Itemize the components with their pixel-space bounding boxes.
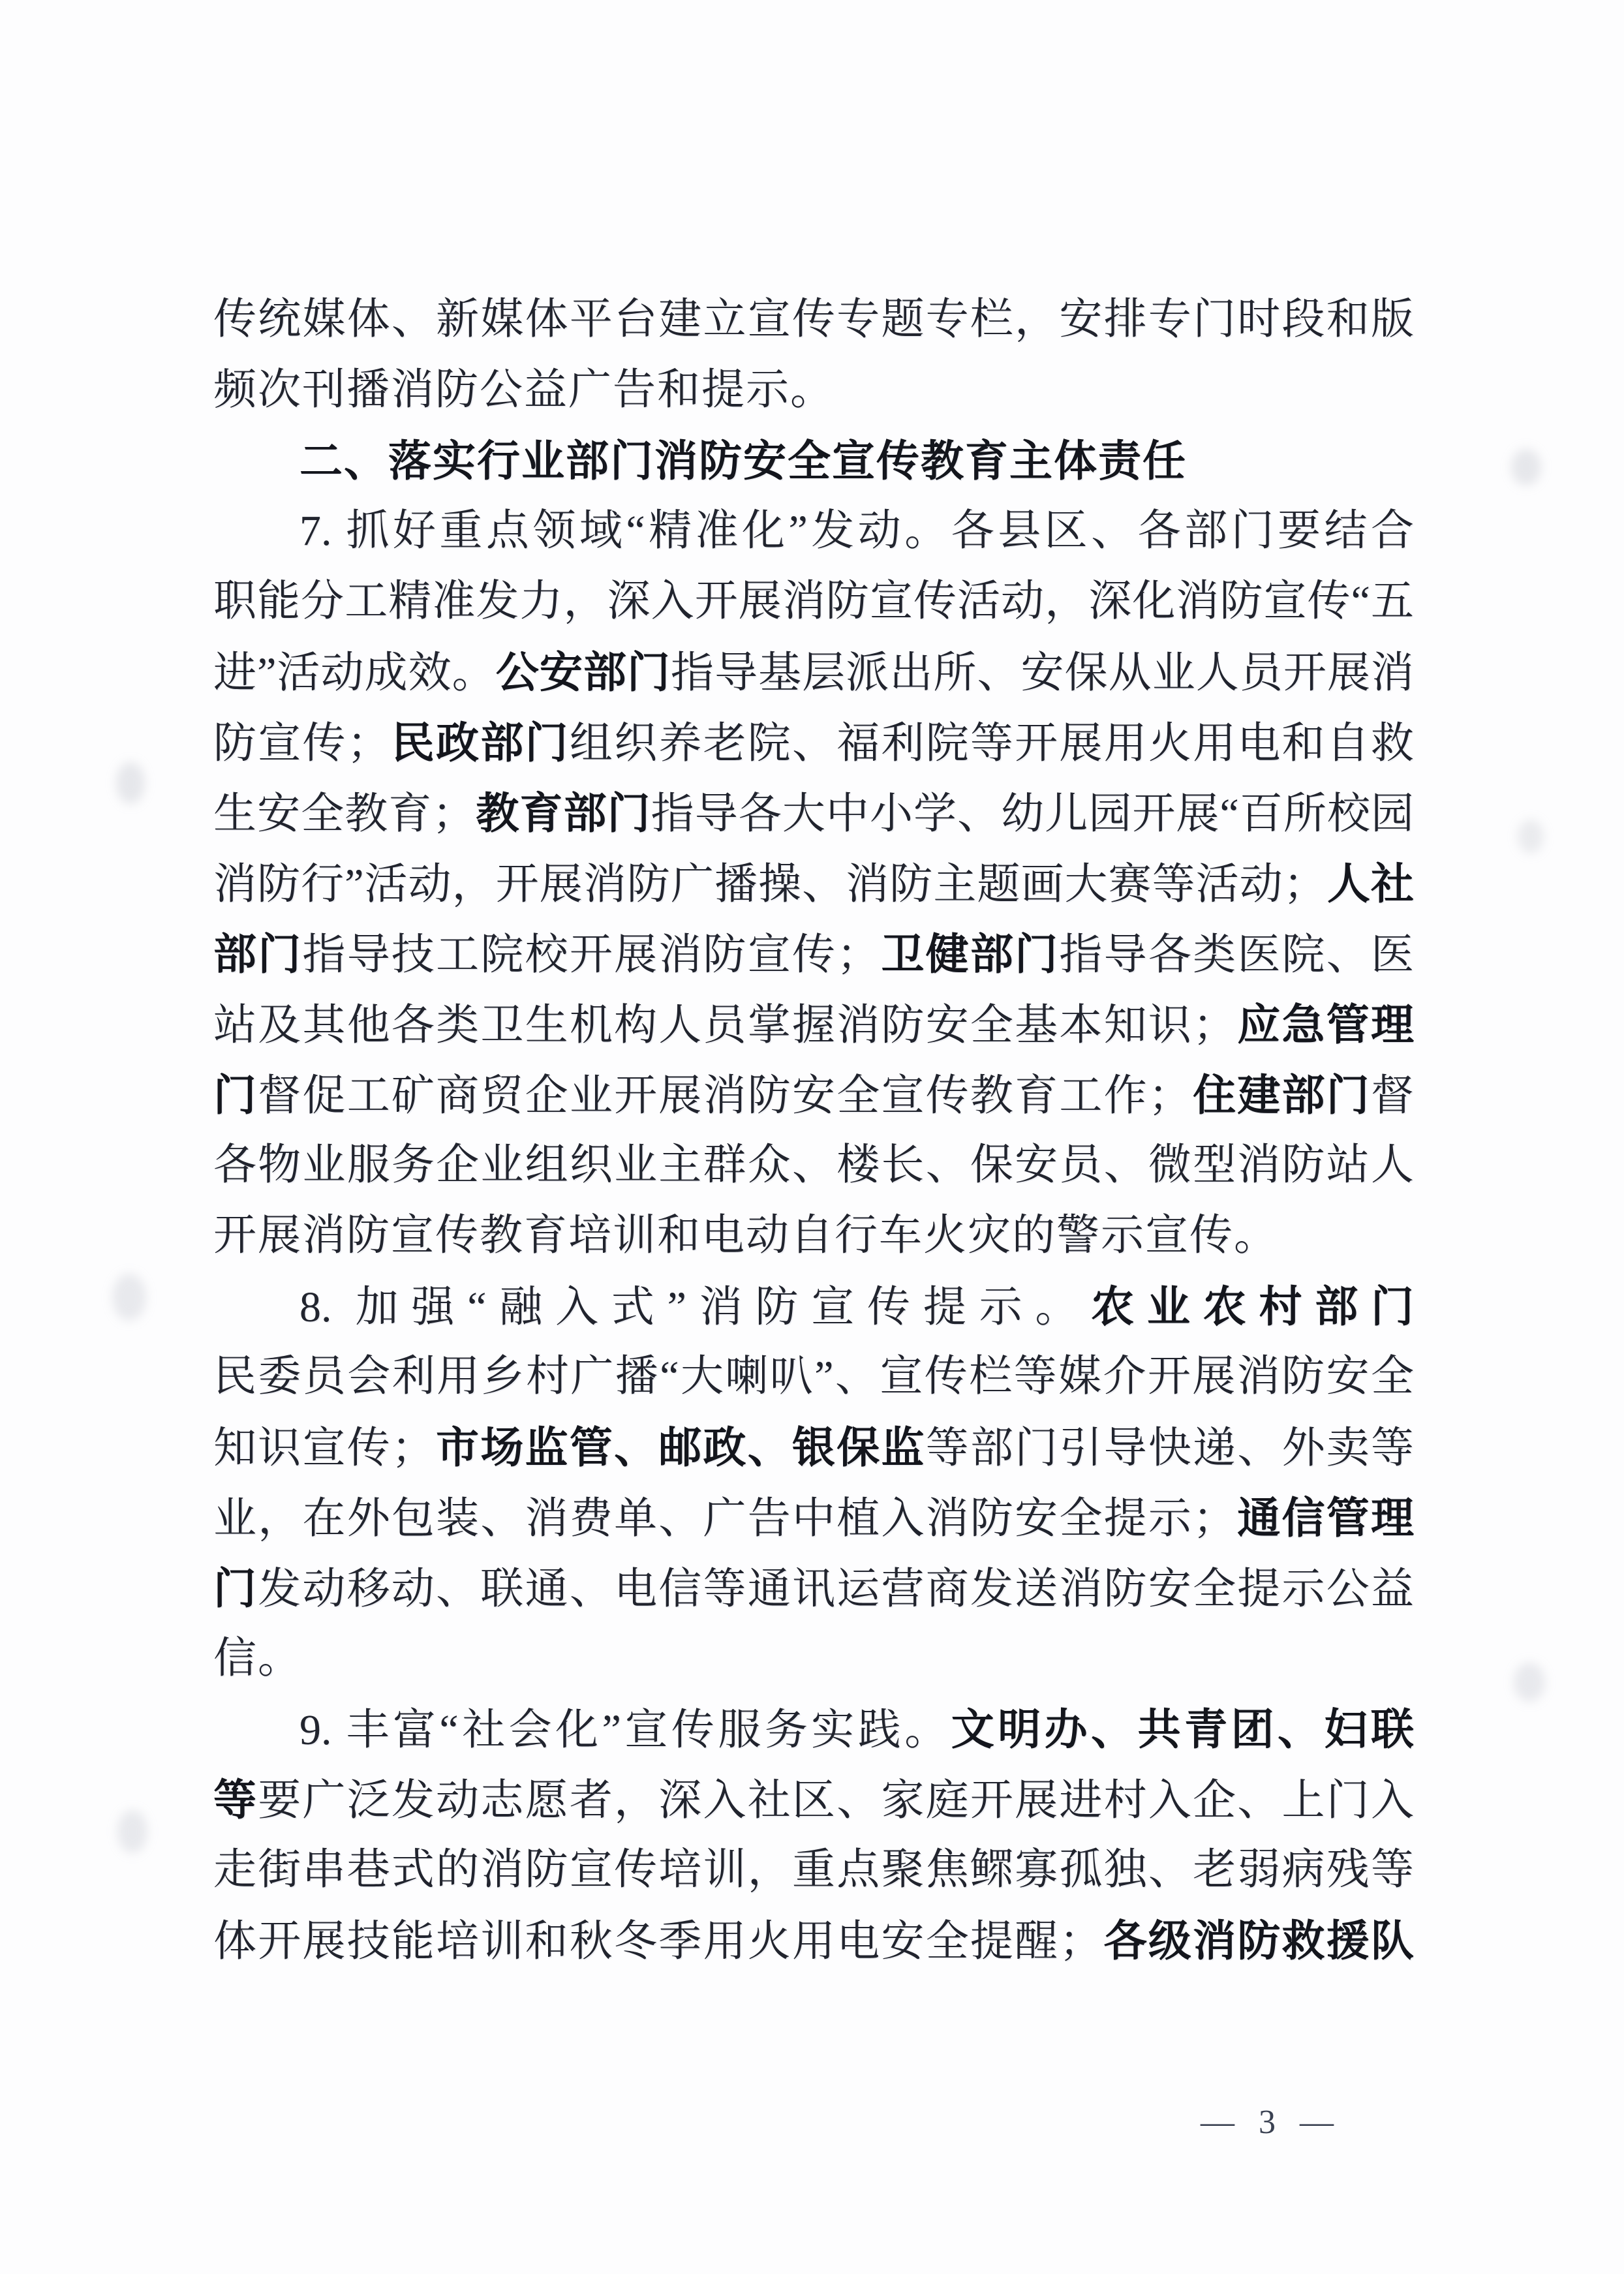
text-run: 8. 加强“融入式”消防宣传提示。 bbox=[299, 1283, 1091, 1331]
text-run: 传统媒体、新媒体平台建立宣传专题专栏，安排专门时段和版面高 bbox=[213, 296, 1414, 355]
text-run: 消防行”活动，开展消防广播操、消防主题画大赛等活动； bbox=[213, 861, 1326, 908]
text-run: 发动移动、联通、电信等通讯运营商发送消防安全提示公益短 bbox=[213, 1565, 1414, 1623]
text-line: 知识宣传；市场监管、邮政、银保监等部门引导快递、外卖等行 bbox=[213, 1412, 1414, 1483]
text-line: 消防行”活动，开展消防广播操、消防主题画大赛等活动；人社 bbox=[213, 848, 1414, 919]
department-name: 住建部门 bbox=[1191, 1071, 1371, 1119]
text-run: 职能分工精准发力，深入开展消防宣传活动，深化消防宣传“五 bbox=[213, 577, 1414, 625]
text-line: 7. 抓好重点领域“精准化”发动。各县区、各部门要结合 bbox=[213, 496, 1414, 566]
text-line: 8. 加强“融入式”消防宣传提示。农业农村部门指导居（村） bbox=[213, 1271, 1414, 1342]
text-run: 站及其他各类卫生机构人员掌握消防安全基本知识； bbox=[213, 1002, 1236, 1049]
department-name: 等 bbox=[213, 1775, 258, 1824]
department-name: 门 bbox=[213, 1564, 258, 1612]
department-name: 部门 bbox=[213, 930, 302, 978]
text-run: 进”活动成效。 bbox=[213, 649, 496, 697]
text-line: 各物业服务企业组织业主群众、楼长、保安员、微型消防站人员 bbox=[213, 1130, 1414, 1201]
text-run: 各物业服务企业组织业主群众、楼长、保安员、微型消防站人员 bbox=[213, 1141, 1414, 1201]
heading-text: 二、落实行业部门消防安全宣传教育主体责任 bbox=[299, 437, 1187, 485]
text-line: 职能分工精准发力，深入开展消防宣传活动，深化消防宣传“五 bbox=[213, 566, 1414, 637]
text-line: 门督促工矿商贸企业开展消防安全宣传教育工作；住建部门督促 bbox=[213, 1060, 1414, 1130]
text-run: 知识宣传； bbox=[213, 1424, 435, 1472]
text-line: 民委员会利用乡村广播“大喇叭”、宣传栏等媒介开展消防安全 bbox=[213, 1342, 1414, 1412]
text-run: 要广泛发动志愿者，深入社区、家庭开展进村入企、上门入户、 bbox=[213, 1777, 1414, 1835]
text-line: 体开展技能培训和秋冬季用火用电安全提醒；各级消防救援队伍 bbox=[213, 1905, 1414, 1976]
text-run: 防宣传； bbox=[213, 720, 390, 767]
scan-artifact bbox=[1511, 449, 1541, 485]
text-run: 9. 丰富“社会化”宣传服务实践。 bbox=[299, 1706, 951, 1754]
department-name: 卫健部门 bbox=[880, 930, 1059, 978]
scan-artifact bbox=[112, 1274, 146, 1321]
text-run: 开展消防宣传教育培训和电动自行车火灾的警示宣传。 bbox=[213, 1212, 1278, 1259]
text-line: 等要广泛发动志愿者，深入社区、家庭开展进村入企、上门入户、 bbox=[213, 1764, 1414, 1835]
text-run: 体开展技能培训和秋冬季用火用电安全提醒； bbox=[213, 1918, 1102, 1965]
department-name: 市场监管、邮政、银保监 bbox=[435, 1423, 926, 1471]
scan-artifact bbox=[117, 1810, 147, 1853]
scanned-document-page: 传统媒体、新媒体平台建立宣传专题专栏，安排专门时段和版面高 频次刊播消防公益广告… bbox=[0, 0, 1624, 2274]
text-line: 门发动移动、联通、电信等通讯运营商发送消防安全提示公益短 bbox=[213, 1553, 1414, 1623]
department-name: 教育部门 bbox=[475, 789, 651, 837]
scan-artifact bbox=[1518, 820, 1544, 853]
text-line: 生安全教育；教育部门指导各大中小学、幼儿园开展“百所校园 bbox=[213, 778, 1414, 848]
text-line: 防宣传；民政部门组织养老院、福利院等开展用火用电和自救逃 bbox=[213, 707, 1414, 778]
text-line: 传统媒体、新媒体平台建立宣传专题专栏，安排专门时段和版面高 bbox=[213, 284, 1414, 355]
text-line: 频次刊播消防公益广告和提示。 bbox=[213, 355, 1414, 425]
department-name: 门 bbox=[213, 1071, 258, 1119]
department-name: 公安部门 bbox=[496, 648, 671, 696]
text-line: 业，在外包装、消费单、广告中植入消防安全提示；通信管理部 bbox=[213, 1483, 1414, 1553]
text-run: 督促工矿商贸企业开展消防安全宣传教育工作； bbox=[258, 1072, 1191, 1120]
text-line: 部门指导技工院校开展消防宣传；卫健部门指导各类医院、医疗 bbox=[213, 919, 1414, 989]
text-run: 7. 抓好重点领域“精准化”发动。各县区、各部门要结合 bbox=[299, 507, 1414, 555]
text-run: 业，在外包装、消费单、广告中植入消防安全提示； bbox=[213, 1495, 1236, 1543]
department-name: 文明办、共青团、妇联 bbox=[951, 1705, 1414, 1753]
scan-artifact bbox=[116, 762, 145, 804]
section-heading: 二、落实行业部门消防安全宣传教育主体责任 bbox=[213, 425, 1414, 496]
scan-artifact bbox=[1514, 1663, 1545, 1702]
text-line: 9. 丰富“社会化”宣传服务实践。文明办、共青团、妇联 bbox=[213, 1694, 1414, 1764]
text-line: 开展消防宣传教育培训和电动自行车火灾的警示宣传。 bbox=[213, 1201, 1414, 1271]
page-number: — 3 — bbox=[1201, 2102, 1341, 2143]
text-line: 进”活动成效。公安部门指导基层派出所、安保从业人员开展消 bbox=[213, 637, 1414, 707]
text-run: 指导基层派出所、安保从业人员开展消 bbox=[671, 649, 1414, 697]
text-run: 生安全教育； bbox=[213, 790, 475, 838]
text-run: 信。 bbox=[213, 1635, 302, 1682]
document-body: 传统媒体、新媒体平台建立宣传专题专栏，安排专门时段和版面高 频次刊播消防公益广告… bbox=[213, 284, 1414, 1976]
department-name: 民政部门 bbox=[390, 718, 570, 767]
text-line: 走街串巷式的消防宣传培训，重点聚焦鳏寡孤独、老弱病残等群 bbox=[213, 1835, 1414, 1905]
department-name: 人社 bbox=[1326, 859, 1414, 908]
text-run: 走街串巷式的消防宣传培训，重点聚焦鳏寡孤独、老弱病残等群 bbox=[213, 1846, 1414, 1905]
text-line: 站及其他各类卫生机构人员掌握消防安全基本知识；应急管理部 bbox=[213, 989, 1414, 1060]
text-run: 指导各大中小学、幼儿园开展“百所校园 bbox=[651, 790, 1414, 838]
text-run: 指导技工院校开展消防宣传； bbox=[302, 931, 880, 979]
text-run: 频次刊播消防公益广告和提示。 bbox=[213, 366, 835, 414]
text-line: 信。 bbox=[213, 1623, 1414, 1694]
department-name: 农业农村部门 bbox=[1091, 1282, 1414, 1330]
text-run: 民委员会利用乡村广播“大喇叭”、宣传栏等媒介开展消防安全 bbox=[213, 1353, 1414, 1400]
